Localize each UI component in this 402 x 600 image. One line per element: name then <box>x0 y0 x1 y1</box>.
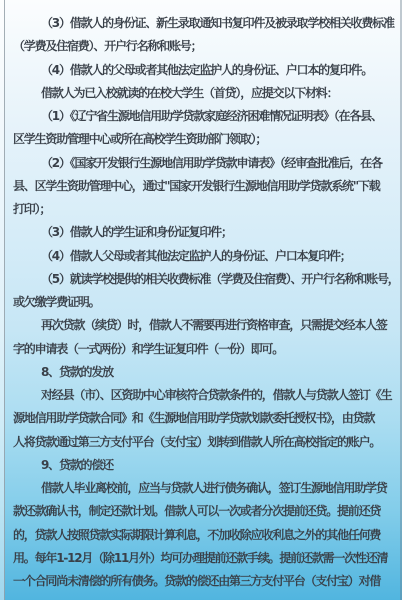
text-line: 人将贷款通过第三方支付平台（支付宝）划转到借款人所在高校指定的账户。 <box>13 431 392 454</box>
text-line: 对经县（市）、区资助中心审核符合贷款条件的，借款人与贷款人签订《生 <box>13 384 392 407</box>
text-line: （学费及住宿费）、开户行名称和账号； <box>13 35 392 58</box>
text-line: 借款人为已入校就读的在校大学生（首贷），应提交以下材料： <box>13 82 392 105</box>
text-line: 字的申请表（一式两份）和学生证复印件（一份）即可。 <box>13 338 392 361</box>
text-line: （3）借款人的学生证和身份证复印件； <box>13 221 392 244</box>
text-line: （4）借款人的父母或者其他法定监护人的身份证、户口本的复印件。 <box>13 59 392 82</box>
text-line: 打印）； <box>13 198 392 221</box>
text-line: （4）借款人父母或者其他法定监护人的身份证、户口本复印件； <box>13 245 392 268</box>
document-page: （3）借款人的身份证、新生录取通知书复印件及被录取学校相关收费标准（学费及住宿费… <box>0 0 402 600</box>
text-line: 一个合同尚未清偿的所有债务。贷款的偿还由第三方支付平台（支付宝）对借 <box>13 570 392 593</box>
text-line: （3）借款人的身份证、新生录取通知书复印件及被录取学校相关收费标准 <box>13 12 392 35</box>
document-body: （3）借款人的身份证、新生录取通知书复印件及被录取学校相关收费标准（学费及住宿费… <box>13 12 392 593</box>
text-line: （1）《辽宁省生源地信用助学贷款家庭经济困难情况证明表》（在各县、 <box>13 105 392 128</box>
text-line: （2）《国家开发银行生源地信用助学贷款申请表》（经审查批准后，在各 <box>13 152 392 175</box>
section-heading-line: 8、贷款的发放 <box>13 361 392 384</box>
text-line: 再次贷款（续贷）时，借款人不需要再进行资格审查，只需提交经本人签 <box>13 314 392 337</box>
text-line: 的，贷款人按照贷款实际期限计算利息，不加收除应收利息之外的其他任何费 <box>13 524 392 547</box>
section-heading-line: 9、贷款的偿还 <box>13 454 392 477</box>
text-line: 区学生资助管理中心或所在高校学生资助部门领取）； <box>13 128 392 151</box>
text-line: 县、区学生资助管理中心，通过"国家开发银行生源地信用助学贷款系统"下载 <box>13 175 392 198</box>
text-line: 源地信用助学贷款合同》和《生源地信用助学贷款划款委托授权书》，由贷款 <box>13 407 392 430</box>
text-line: 或欠缴学费证明。 <box>13 291 392 314</box>
text-line: 用。每年1-12月（除11月外）均可办理提前还款手续。提前还款需一次性还清 <box>13 547 392 570</box>
text-line: 款还款确认书，制定还款计划。借款人可以一次或者分次提前还贷。提前还贷 <box>13 500 392 523</box>
page-left-border <box>4 0 5 600</box>
text-line: 借款人毕业离校前，应当与贷款人进行债务确认，签订生源地信用助学贷 <box>13 477 392 500</box>
text-line: （5）就读学校提供的相关收费标准（学费及住宿费）、开户行名称和账号， <box>13 268 392 291</box>
